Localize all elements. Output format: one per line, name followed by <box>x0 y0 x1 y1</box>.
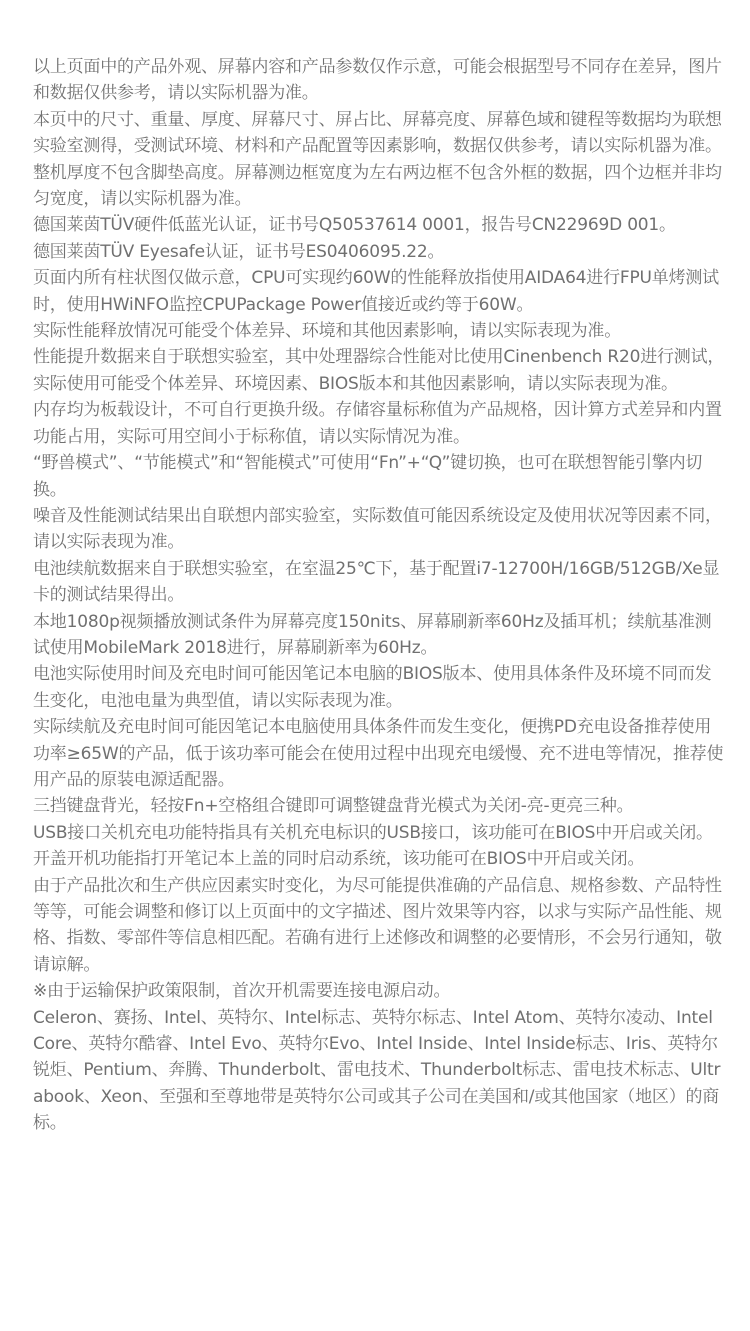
disclaimer-paragraph-tuv-low-blue-light: 德国莱茵TÜV硬件低蓝光认证，证书号Q50537614 0001，报告号CN22… <box>33 212 725 238</box>
disclaimer-paragraph-cpu-power: 页面内所有柱状图仅做示意，CPU可实现约60W的性能释放指使用AIDA64进行F… <box>33 265 725 318</box>
disclaimer-paragraph-battery-config: 电池续航数据来自于联想实验室，在室温25℃下，基于配置i7-12700H/16G… <box>33 556 725 609</box>
disclaimer-paragraph-battery-actual: 电池实际使用时间及充电时间可能因笔记本电脑的BIOS版本、使用具体条件及环境不同… <box>33 661 725 714</box>
disclaimer-paragraph-memory-storage: 内存均为板载设计，不可自行更换升级。存储容量标称值为产品规格，因计算方式差异和内… <box>33 397 725 450</box>
disclaimer-paragraph-pd-charging: 实际续航及充电时间可能因笔记本电脑使用具体条件而发生变化，便携PD充电设备推荐使… <box>33 714 725 793</box>
disclaimer-paragraph-lid-open-boot: 开盖开机功能指打开笔记本上盖的同时启动系统，该功能可在BIOS中开启或关闭。 <box>33 846 725 872</box>
disclaimer-paragraph-performance-modes: “野兽模式”、“节能模式”和“智能模式”可使用“Fn”+“Q”键切换，也可在联想… <box>33 450 725 503</box>
disclaimer-paragraph-usb-charging: USB接口关机充电功能特指具有关机充电标识的USB接口，该功能可在BIOS中开启… <box>33 820 725 846</box>
disclaimer-paragraph-keyboard-backlight: 三挡键盘背光，轻按Fn+空格组合键即可调整键盘背光模式为关闭-亮-更亮三种。 <box>33 793 725 819</box>
disclaimer-paragraph-tuv-eyesafe: 德国莱茵TÜV Eyesafe认证，证书号ES0406095.22。 <box>33 239 725 265</box>
disclaimer-paragraph-performance-variance: 实际性能释放情况可能受个体差异、环境和其他因素影响，请以实际表现为准。 <box>33 318 725 344</box>
disclaimer-paragraph-content-revision: 由于产品批次和生产供应因素实时变化，为尽可能提供准确的产品信息、规格参数、产品特… <box>33 873 725 979</box>
disclaimer-paragraph-benchmark: 性能提升数据来自于联想实验室，其中处理器综合性能对比使用Cinenbench R… <box>33 344 725 397</box>
disclaimer-paragraph-appearance: 以上页面中的产品外观、屏幕内容和产品参数仅作示意，可能会根据型号不同存在差异，图… <box>33 54 725 107</box>
disclaimer-paragraph-first-boot-power: ※由于运输保护政策限制，首次开机需要连接电源启动。 <box>33 978 725 1004</box>
disclaimer-paragraph-noise-test: 噪音及性能测试结果出自联想内部实验室，实际数值可能因系统设定及使用状况等因素不同… <box>33 503 725 556</box>
disclaimer-text-block: 以上页面中的产品外观、屏幕内容和产品参数仅作示意，可能会根据型号不同存在差异，图… <box>33 54 725 1137</box>
disclaimer-paragraph-trademarks: Celeron、赛扬、Intel、英特尔、Intel标志、英特尔标志、Intel… <box>33 1005 725 1137</box>
disclaimer-paragraph-dimensions: 本页中的尺寸、重量、厚度、屏幕尺寸、屏占比、屏幕亮度、屏幕色域和键程等数据均为联… <box>33 107 725 213</box>
disclaimer-paragraph-video-playback-test: 本地1080p视频播放测试条件为屏幕亮度150nits、屏幕刷新率60Hz及插耳… <box>33 609 725 662</box>
